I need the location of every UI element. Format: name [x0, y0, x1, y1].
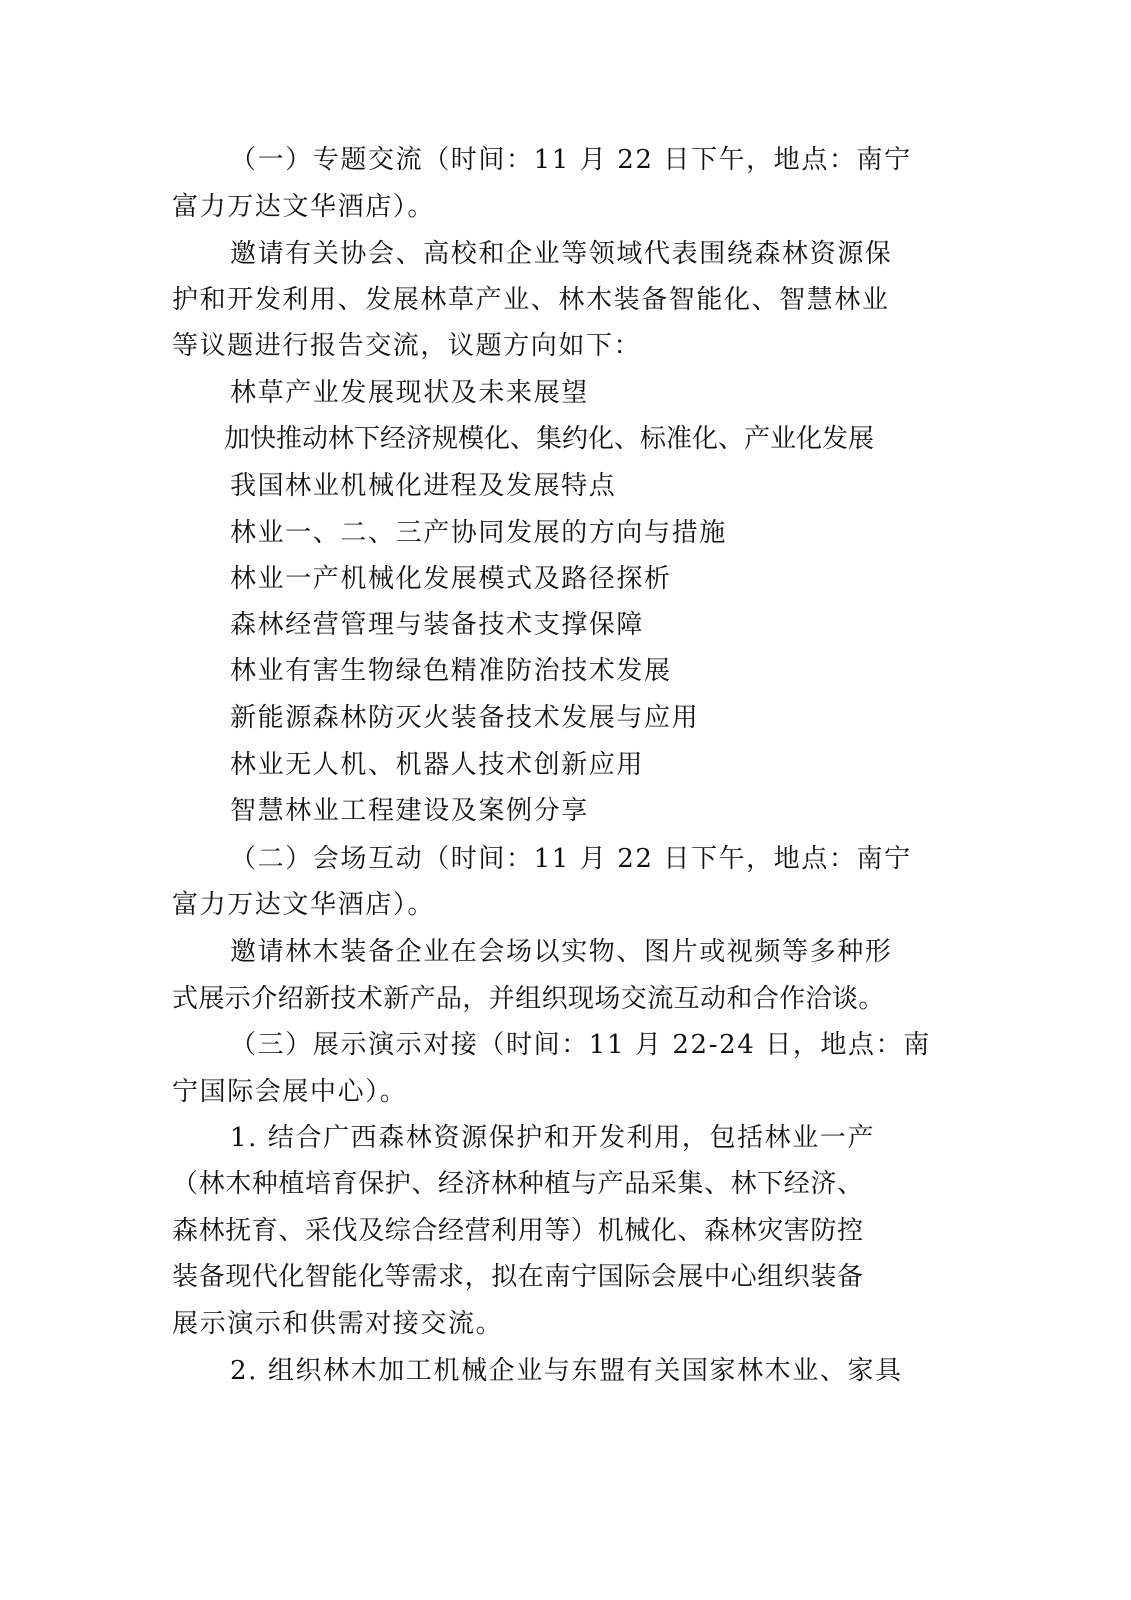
topic-item: 加快推动林下经济规模化、集约化、标准化、产业化发展 [224, 416, 1004, 462]
section3-item2: 2. 组织林木加工机械企业与东盟有关国家林木业、家具 [230, 1348, 1010, 1394]
topic-item: 新能源森林防灭火装备技术发展与应用 [230, 695, 1010, 741]
section2-paragraph-cont: 式展示介绍新技术新产品，并组织现场交流互动和合作洽谈。 [172, 976, 952, 1022]
section1-paragraph: 邀请有关协会、高校和企业等领域代表围绕森林资源保 [230, 231, 1010, 277]
topic-item: 森林经营管理与装备技术支撑保障 [230, 602, 1010, 648]
section3-item1-cont: 展示演示和供需对接交流。 [172, 1301, 952, 1347]
section2-paragraph: 邀请林木装备企业在会场以实物、图片或视频等多种形 [230, 929, 1010, 975]
section3-item1-cont: 森林抚育、采伐及综合经营利用等）机械化、森林灾害防控 [172, 1208, 952, 1254]
section1-heading-cont: 富力万达文华酒店）。 [172, 184, 952, 230]
section1-heading: （一）专题交流（时间：11 月 22 日下午，地点：南宁 [230, 137, 1010, 183]
topic-item: 林业有害生物绿色精准防治技术发展 [230, 648, 1010, 694]
document-page: （一）专题交流（时间：11 月 22 日下午，地点：南宁 富力万达文华酒店）。 … [0, 0, 1131, 1600]
section3-item1-cont: 装备现代化智能化等需求，拟在南宁国际会展中心组织装备 [172, 1254, 952, 1300]
topic-item: 我国林业机械化进程及发展特点 [230, 463, 1010, 509]
topic-item: 林草产业发展现状及未来展望 [230, 370, 1010, 416]
section3-item1: 1. 结合广西森林资源保护和开发利用，包括林业一产 [230, 1115, 1010, 1161]
section3-item1-cont: （林木种植培育保护、经济林种植与产品采集、林下经济、 [172, 1161, 952, 1207]
section1-paragraph-cont: 护和开发利用、发展林草产业、林木装备智能化、智慧林业 [172, 277, 952, 323]
section1-paragraph-cont: 等议题进行报告交流，议题方向如下： [172, 323, 952, 369]
section3-heading: （三）展示演示对接（时间：11 月 22-24 日，地点：南 [230, 1022, 1010, 1068]
section3-heading-cont: 宁国际会展中心）。 [172, 1069, 952, 1115]
section2-heading: （二）会场互动（时间：11 月 22 日下午，地点：南宁 [230, 836, 1010, 882]
topic-item: 林业一、二、三产协同发展的方向与措施 [230, 510, 1010, 556]
topic-item: 林业一产机械化发展模式及路径探析 [230, 556, 1010, 602]
topic-item: 智慧林业工程建设及案例分享 [230, 788, 1010, 834]
topic-item: 林业无人机、机器人技术创新应用 [230, 742, 1010, 788]
section2-heading-cont: 富力万达文华酒店）。 [172, 882, 952, 928]
